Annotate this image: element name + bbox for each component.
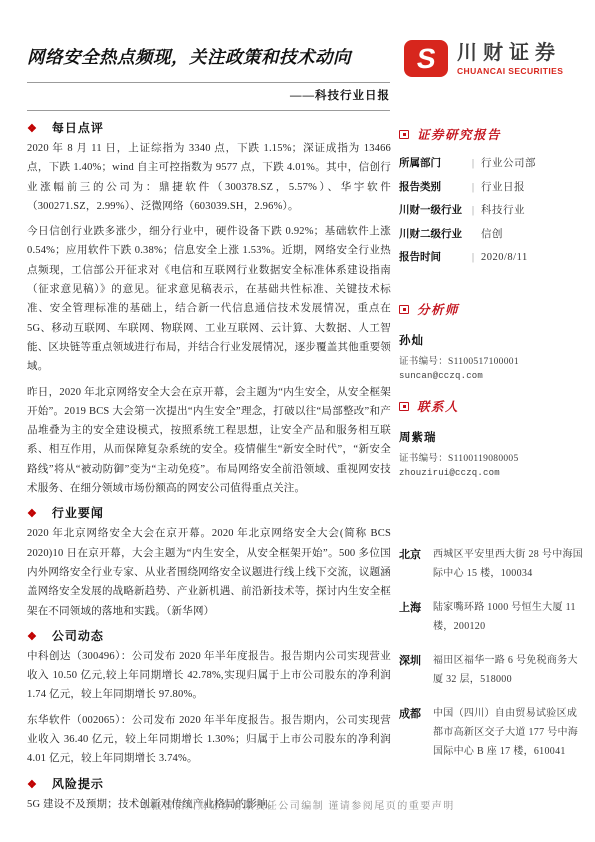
daily-paragraph: 今日信创行业跌多涨少，细分行业中，硬件设备下跌 0.92%；基础软件上涨 0.5…	[27, 222, 391, 376]
header-divider-bottom	[27, 110, 390, 111]
risk-heading-label: 风险提示	[52, 775, 104, 792]
analyst-block: 分析师 孙灿 证书编号：S1100517100001 suncan@cczq.c…	[399, 300, 587, 381]
logo-letter: S	[415, 45, 438, 73]
page-title: 网络安全热点频现，关注政策和技术动向	[27, 44, 399, 69]
report-meta-list: 所属部门 | 行业公司部 报告类别 | 行业日报 川财一级行业 | 科技行业 川…	[399, 155, 587, 273]
report-info-block: 证券研究报告 所属部门 | 行业公司部 报告类别 | 行业日报 川财一级行业 |…	[399, 125, 587, 273]
meta-label: 川财二级行业	[399, 226, 465, 241]
meta-label: 所属部门	[399, 155, 465, 170]
contact-cert: 证书编号：S1100119080005	[399, 450, 587, 464]
office-row: 北京 西城区平安里西大街 28 号中海国际中心 15 楼，100034	[399, 545, 587, 583]
meta-label: 川财一级行业	[399, 202, 465, 217]
meta-row: 报告类别 | 行业日报	[399, 179, 587, 203]
industry-paragraph: 2020 年北京网络安全大会在京开幕。2020 年北京网络安全大会(简称 BCS…	[27, 524, 391, 620]
analyst-email: suncan@cczq.com	[399, 371, 587, 381]
analyst-heading: 分析师	[399, 300, 587, 318]
office-row: 成都 中国（四川）自由贸易试验区成都市高新区交子大道 177 号中海国际中心 B…	[399, 704, 587, 761]
contact-heading: 联系人	[399, 397, 587, 415]
meta-separator: |	[465, 252, 481, 263]
meta-value: 科技行业	[481, 202, 525, 217]
report-info-heading: 证券研究报告	[399, 125, 587, 143]
company-paragraph: 中科创达（300496）：公司发布 2020 年半年度报告。报告期内公司实现营业…	[27, 647, 391, 705]
office-address: 西城区平安里西大街 28 号中海国际中心 15 楼，100034	[433, 545, 587, 583]
contact-email: zhouzirui@cczq.com	[399, 468, 587, 478]
analyst-icon	[399, 305, 409, 314]
brand-name-cn: 川财证券	[457, 40, 563, 66]
section-heading-daily: ❖ 每日点评	[27, 119, 391, 136]
office-city: 上海	[399, 598, 425, 636]
diamond-icon: ❖	[27, 630, 38, 643]
analyst-card: 孙灿 证书编号：S1100517100001 suncan@cczq.com	[399, 332, 587, 381]
section-heading-industry: ❖ 行业要闻	[27, 504, 391, 521]
daily-heading-label: 每日点评	[52, 119, 104, 136]
meta-value: 2020/8/11	[481, 252, 528, 263]
contact-name: 周紫瑞	[399, 429, 587, 445]
daily-paragraph: 昨日，2020 年北京网络安全大会在京开幕，会主题为“内生安全，从安全框架开始”…	[27, 383, 391, 499]
meta-label: 报告时间	[399, 249, 465, 264]
meta-value: 行业日报	[481, 179, 525, 194]
meta-label: 报告类别	[399, 179, 465, 194]
meta-row: 川财一级行业 | 科技行业	[399, 202, 587, 226]
meta-separator: |	[465, 182, 481, 193]
analyst-heading-label: 分析师	[417, 300, 459, 318]
office-row: 深圳 福田区福华一路 6 号免税商务大厦 32 层，518000	[399, 651, 587, 689]
office-address: 福田区福华一路 6 号免税商务大厦 32 层，518000	[433, 651, 587, 689]
meta-row: 川财二级行业 信创	[399, 226, 587, 250]
office-city: 北京	[399, 545, 425, 583]
analyst-name: 孙灿	[399, 332, 587, 348]
daily-paragraph: 2020 年 8 月 11 日，上证综指为 3340 点，下跌 1.15%；深证…	[27, 139, 391, 216]
company-heading-label: 公司动态	[52, 627, 104, 644]
brand-name-en: CHUANCAI SECURITIES	[457, 66, 563, 76]
report-subtitle: ——科技行业日报	[27, 87, 390, 103]
contact-heading-label: 联系人	[417, 397, 459, 415]
office-address: 陆家嘴环路 1000 号恒生大厦 11 楼，200120	[433, 598, 587, 636]
office-city: 成都	[399, 704, 425, 761]
report-icon	[399, 130, 409, 139]
main-content: ❖ 每日点评 2020 年 8 月 11 日，上证综指为 3340 点，下跌 1…	[27, 114, 391, 820]
diamond-icon: ❖	[27, 778, 38, 791]
meta-row: 所属部门 | 行业公司部	[399, 155, 587, 179]
report-info-heading-label: 证券研究报告	[417, 125, 501, 143]
diamond-icon: ❖	[27, 122, 38, 135]
office-row: 上海 陆家嘴环路 1000 号恒生大厦 11 楼，200120	[399, 598, 587, 636]
section-heading-risk: ❖ 风险提示	[27, 775, 391, 792]
industry-heading-label: 行业要闻	[52, 504, 104, 521]
contact-block: 联系人 周紫瑞 证书编号：S1100119080005 zhouzirui@cc…	[399, 397, 587, 478]
brand-logo-icon: S	[404, 40, 448, 77]
diamond-icon: ❖	[27, 507, 38, 520]
contact-card: 周紫瑞 证书编号：S1100119080005 zhouzirui@cczq.c…	[399, 429, 587, 478]
meta-separator: |	[465, 205, 481, 216]
brand-text: 川财证券 CHUANCAI SECURITIES	[457, 40, 563, 76]
meta-value: 行业公司部	[481, 155, 536, 170]
office-city: 深圳	[399, 651, 425, 689]
contact-icon	[399, 402, 409, 411]
offices-block: 北京 西城区平安里西大街 28 号中海国际中心 15 楼，100034 上海 陆…	[399, 545, 587, 776]
page-footer-disclaimer: 本报告由川财证券有限责任公司编制 谨请参阅尾页的重要声明	[0, 797, 595, 812]
header-divider-top	[27, 82, 390, 83]
report-page: 网络安全热点频现，关注政策和技术动向 S 川财证券 CHUANCAI SECUR…	[0, 0, 595, 842]
meta-row: 报告时间 | 2020/8/11	[399, 249, 587, 273]
analyst-cert: 证书编号：S1100517100001	[399, 353, 587, 367]
meta-separator: |	[465, 158, 481, 169]
meta-value: 信创	[481, 226, 503, 241]
company-paragraph: 东华软件（002065）：公司发布 2020 年半年度报告。报告期内，公司实现营…	[27, 711, 391, 769]
office-address: 中国（四川）自由贸易试验区成都市高新区交子大道 177 号中海国际中心 B 座 …	[433, 704, 587, 761]
section-heading-company: ❖ 公司动态	[27, 627, 391, 644]
brand-logo: S 川财证券 CHUANCAI SECURITIES	[404, 40, 563, 77]
